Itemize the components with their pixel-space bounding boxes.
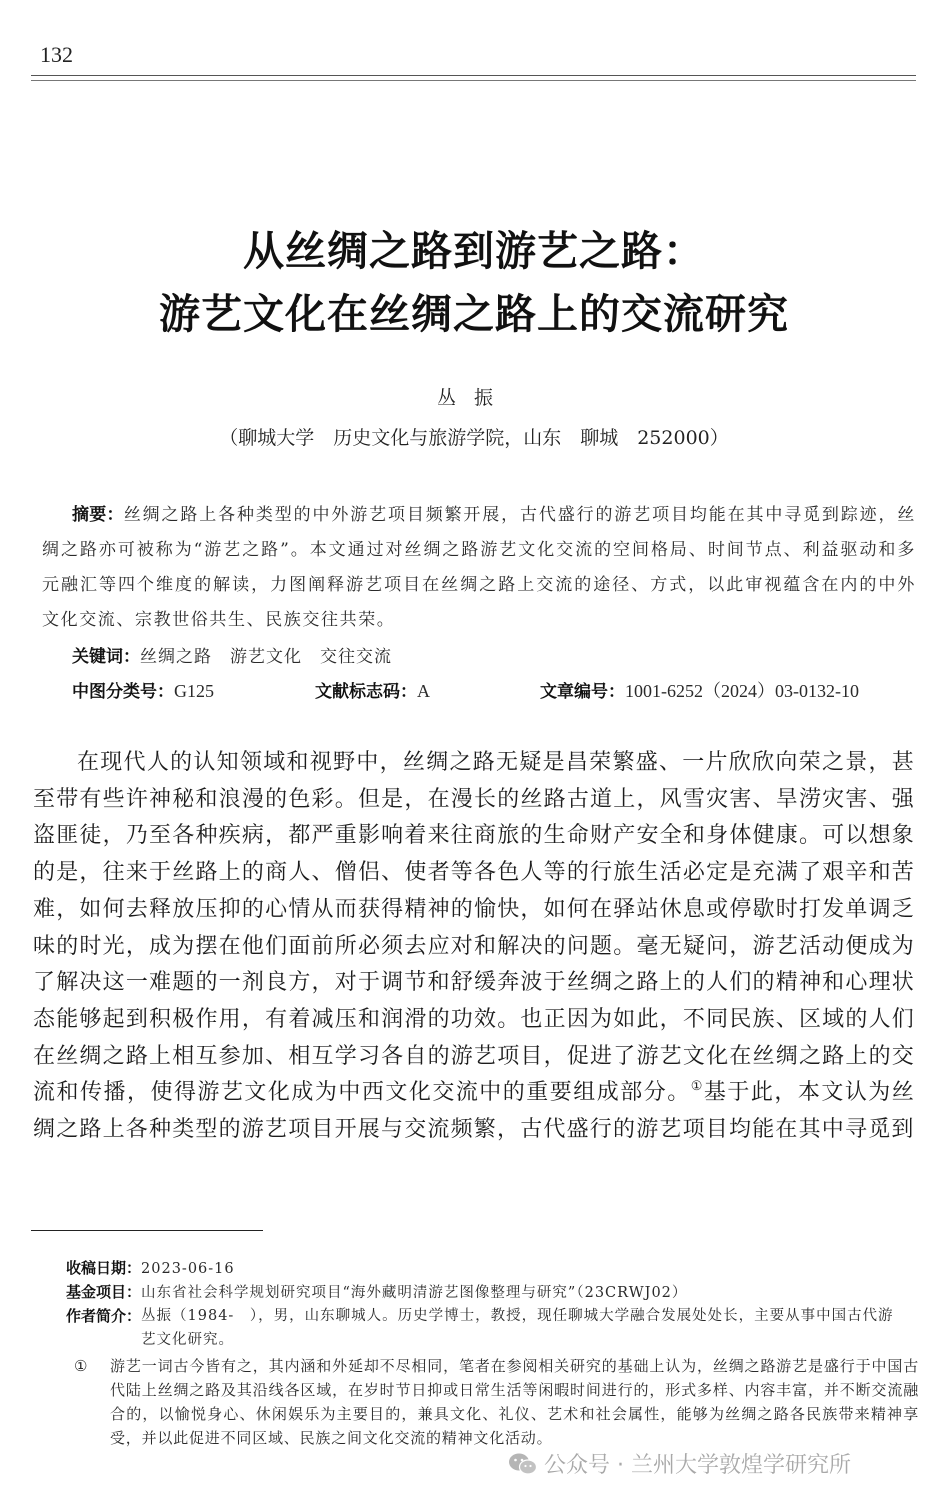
body-paragraph: 在现代人的认知领域和视野中，丝绸之路无疑是昌荣繁盛、一片欣欣向荣之景，甚至带有些…: [33, 745, 915, 1149]
keywords: 关键词：丝绸之路 游艺文化 交往交流: [72, 642, 392, 667]
author-name: 丛振: [0, 383, 948, 410]
watermark-text: 公众号 · 兰州大学敦煌学研究所: [544, 1448, 851, 1479]
keyword-item: 游艺文化: [230, 647, 302, 667]
document-code: 文献标志码：A: [315, 677, 430, 702]
footnote-separator: [31, 1230, 263, 1231]
author-bio: 作者简介：丛振（1984- ），男，山东聊城人。历史学博士，教授，现任聊城大学融…: [66, 1304, 926, 1352]
clc-number: 中图分类号：G125: [72, 677, 214, 702]
fund-label: 基金项目：: [66, 1283, 141, 1301]
body-text-part-1: 在现代人的认知领域和视野中，丝绸之路无疑是昌荣繁盛、一片欣欣向荣之景，甚至带有些…: [33, 750, 915, 1105]
footnote-ref[interactable]: ①: [691, 1079, 704, 1094]
fund-value: 山东省社会科学规划研究项目“海外藏明清游艺图像整理与研究”（23CRWJ02）: [141, 1285, 687, 1301]
abstract-label: 摘要：: [72, 505, 124, 525]
bio-value: 丛振（1984- ），男，山东聊城人。历史学博士，教授，现任聊城大学融合发展处处…: [141, 1304, 901, 1352]
keywords-label: 关键词：: [72, 647, 140, 667]
header-double-rule: [31, 75, 916, 81]
doc-code-label: 文献标志码：: [315, 682, 417, 702]
article-id-value: 1001-6252（2024）03-0132-10: [625, 681, 859, 701]
abstract: 摘要：丝绸之路上各种类型的中外游艺项目频繁开展，古代盛行的游艺项目均能在其中寻觅…: [42, 498, 916, 638]
bio-label: 作者简介：: [66, 1307, 141, 1325]
footnote-1: ① 游艺一词古今皆有之，其内涵和外延却不尽相同，笔者在参阅相关研究的基础上认为，…: [74, 1354, 919, 1450]
footnote-marker: ①: [74, 1354, 88, 1378]
watermark: 公众号 · 兰州大学敦煌学研究所: [508, 1448, 851, 1479]
received-label: 收稿日期：: [66, 1259, 141, 1277]
received-date: 收稿日期：2023-06-16: [66, 1256, 235, 1281]
article-id-label: 文章编号：: [540, 682, 625, 702]
footnote-text: 游艺一词古今皆有之，其内涵和外延却不尽相同，笔者在参阅相关研究的基础上认为，丝绸…: [110, 1354, 919, 1450]
article-id: 文章编号：1001-6252（2024）03-0132-10: [540, 677, 859, 703]
author-affiliation: （聊城大学 历史文化与旅游学院，山东 聊城 252000）: [0, 423, 948, 450]
fund-project: 基金项目：山东省社会科学规划研究项目“海外藏明清游艺图像整理与研究”（23CRW…: [66, 1280, 926, 1305]
wechat-icon: [508, 1452, 538, 1476]
article-title-line-2: 游艺文化在丝绸之路上的交流研究: [0, 281, 948, 340]
doc-code-value: A: [417, 681, 430, 701]
clc-value: G125: [174, 681, 214, 701]
abstract-text: 丝绸之路上各种类型的中外游艺项目频繁开展，古代盛行的游艺项目均能在其中寻觅到踪迹…: [42, 505, 916, 630]
keyword-item: 交往交流: [320, 647, 392, 667]
clc-label: 中图分类号：: [72, 682, 174, 702]
page-number: 132: [40, 42, 73, 68]
received-value: 2023-06-16: [141, 1261, 235, 1277]
keyword-item: 丝绸之路: [140, 647, 212, 667]
article-title-line-1: 从丝绸之路到游艺之路：: [0, 218, 948, 277]
